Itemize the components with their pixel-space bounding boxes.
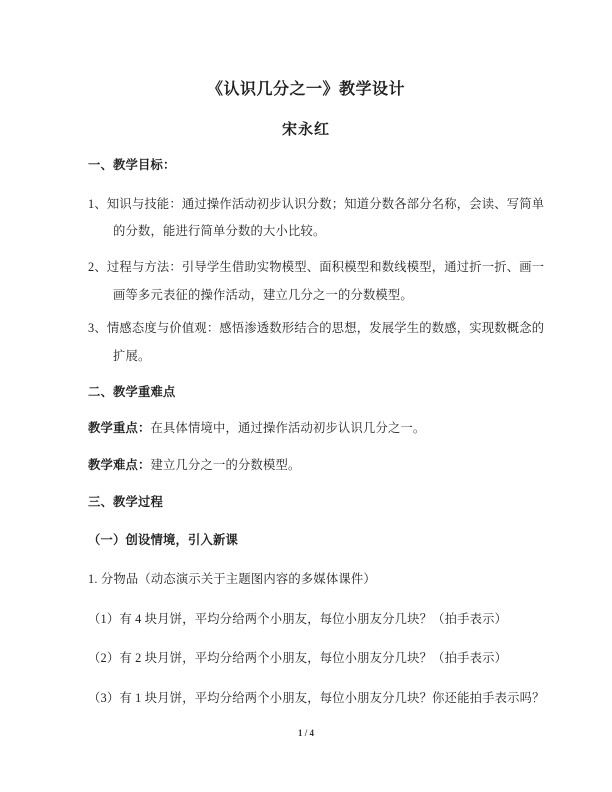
process-question-3: （3）有 1 块月饼，平均分给两个小朋友，每位小朋友分几块？你还能拍手表示吗？ <box>88 690 548 706</box>
objective-item-2-line-1: 2、过程与方法：引导学生借助实物模型、面积模型和数线模型，通过折一折、画一 <box>88 259 548 275</box>
teaching-focus-line: 教学重点：在具体情境中，通过操作活动初步认识几分之一。 <box>88 420 548 436</box>
objective-item-3-line-2: 扩展。 <box>113 348 573 364</box>
process-subheading: （一）创设情境，引入新课 <box>88 532 548 548</box>
document-page: 《认识几分之一》教学设计 宋永红 一、教学目标： 1、知识与技能：通过操作活动初… <box>0 0 612 792</box>
teaching-difficulty-text: 建立几分之一的分数模型。 <box>151 458 301 472</box>
objective-item-1-line-1: 1、知识与技能：通过操作活动初步认识分数；知道分数各部分名称，会读、写简单 <box>88 196 548 212</box>
document-author: 宋永红 <box>0 118 612 139</box>
teaching-difficulty-line: 教学难点：建立几分之一的分数模型。 <box>88 457 548 473</box>
teaching-focus-label: 教学重点： <box>88 421 151 435</box>
objective-item-3-line-1: 3、情感态度与价值观：感悟渗透数形结合的思想，发展学生的数感，实现数概念的 <box>88 320 548 336</box>
process-activity: 1. 分物品（动态演示关于主题图内容的多媒体课件） <box>88 571 548 587</box>
section-heading-process: 三、教学过程 <box>88 494 548 510</box>
teaching-difficulty-label: 教学难点： <box>88 458 151 472</box>
objective-item-1-line-2: 的分数，能进行简单分数的大小比较。 <box>113 223 573 239</box>
process-question-1: （1）有 4 块月饼，平均分给两个小朋友，每位小朋友分几块？（拍手表示） <box>88 611 548 627</box>
document-title: 《认识几分之一》教学设计 <box>0 76 612 99</box>
section-heading-objectives: 一、教学目标： <box>88 157 548 173</box>
teaching-focus-text: 在具体情境中，通过操作活动初步认识几分之一。 <box>151 421 426 435</box>
process-question-2: （2）有 2 块月饼，平均分给两个小朋友，每位小朋友分几块？（拍手表示） <box>88 650 548 666</box>
objective-item-2-line-2: 画等多元表征的操作活动，建立几分之一的分数模型。 <box>113 287 573 303</box>
page-number: 1 / 4 <box>0 728 612 738</box>
section-heading-key-points: 二、教学重难点 <box>88 384 548 400</box>
